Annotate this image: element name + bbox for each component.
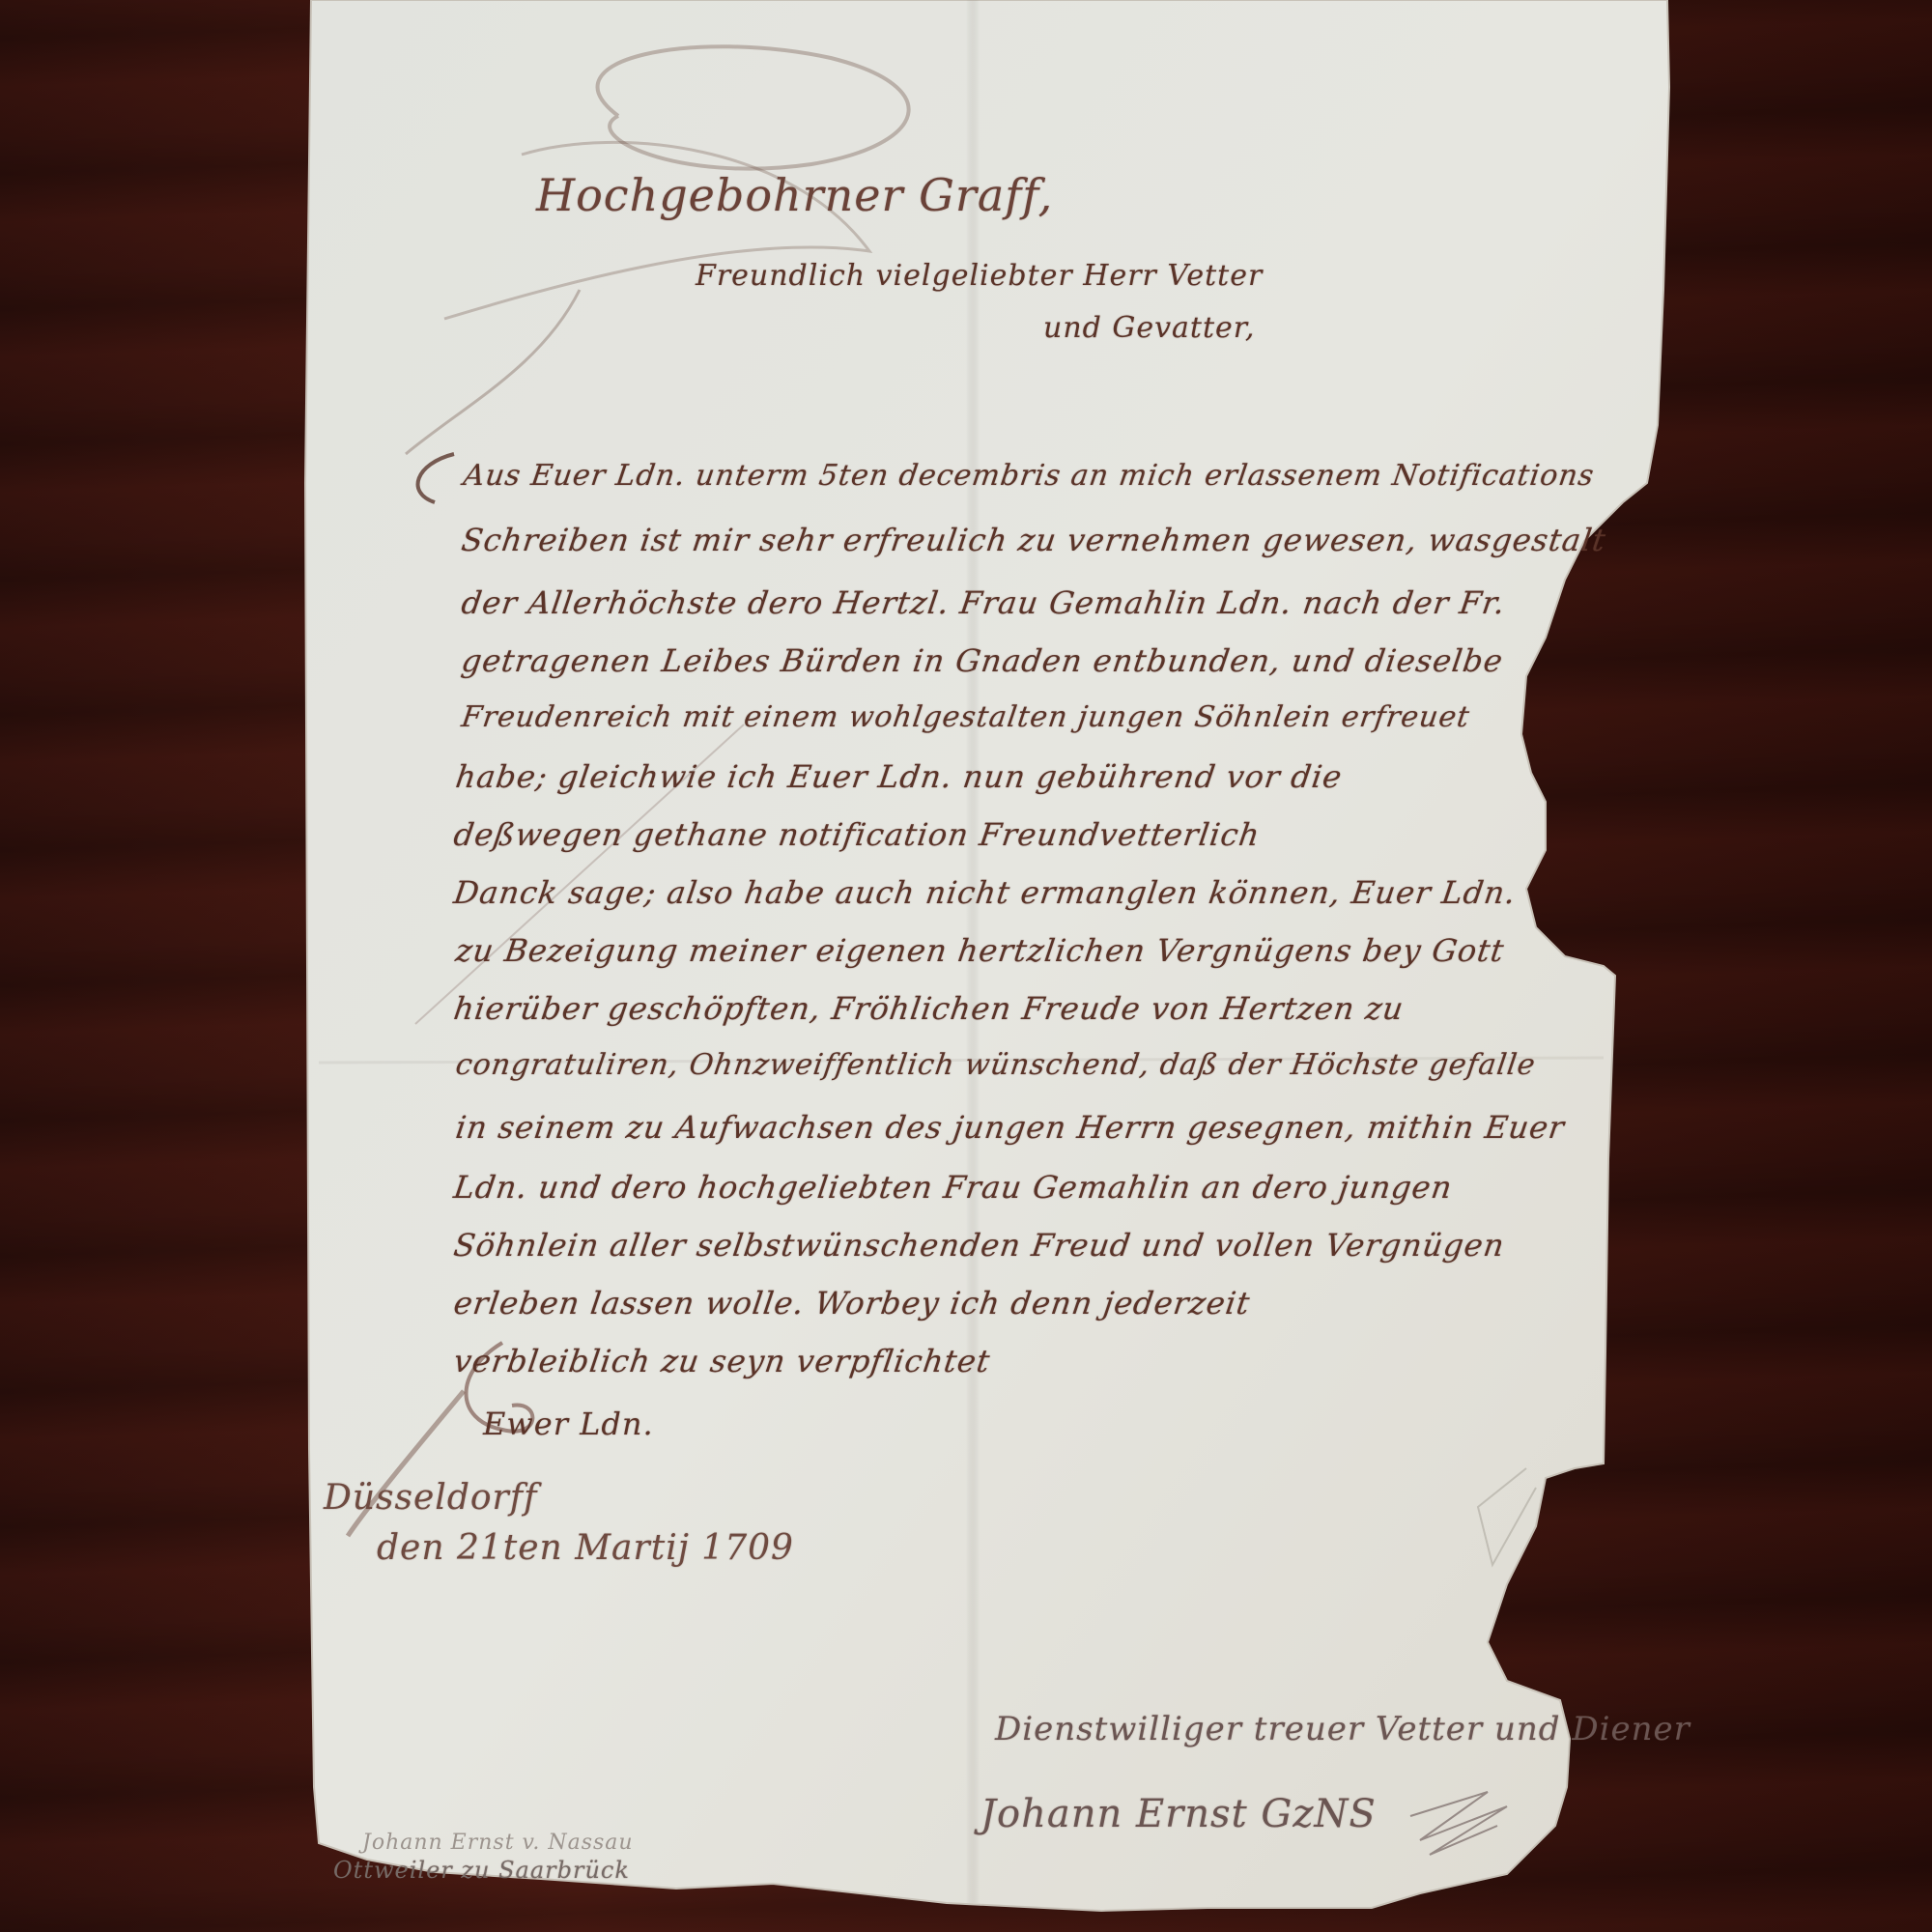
body-line-7: deßwegen gethane notification Freundvett… bbox=[451, 816, 1263, 853]
address-line-1: Freundlich vielgeliebter Herr Vetter bbox=[696, 259, 1263, 293]
subscription: Dienstwilliger treuer Vetter und Diener bbox=[995, 1710, 1690, 1748]
closing: Ewer Ldn. bbox=[483, 1406, 654, 1442]
body-line-4: getragenen Leibes Bürden in Gnaden entbu… bbox=[459, 642, 1505, 679]
body-line-1: Aus Euer Ldn. unterm 5ten decembris an m… bbox=[462, 459, 1597, 493]
body-line-11: congratuliren, Ohnzweiffentlich wünschen… bbox=[454, 1048, 1539, 1082]
signature: Johann Ernst GzNS bbox=[980, 1792, 1377, 1836]
body-line-12: in seinem zu Aufwachsen des jungen Herrn… bbox=[453, 1109, 1567, 1146]
body-line-14: Söhnlein aller selbstwünschenden Freud u… bbox=[451, 1227, 1507, 1264]
body-line-10: hierüber geschöpften, Fröhlichen Freude … bbox=[451, 990, 1406, 1027]
body-line-5: Freudenreich mit einem wohlgestalten jun… bbox=[460, 700, 1472, 734]
pencil-note-line-2: Ottweiler zu Saarbrück bbox=[333, 1857, 630, 1884]
body-line-9: zu Bezeigung meiner eigenen hertzlichen … bbox=[453, 932, 1507, 969]
date: den 21ten Martij 1709 bbox=[377, 1528, 794, 1568]
address-line-2: und Gevatter, bbox=[1043, 311, 1255, 345]
photo-stage: Hochgebohrner Graff, Freundlich vielgeli… bbox=[0, 0, 1932, 1932]
body-line-16: verbleiblich zu seyn verpflichtet bbox=[451, 1343, 992, 1379]
body-line-15: erleben lassen wolle. Worbey ich denn je… bbox=[451, 1285, 1252, 1321]
salutation: Hochgebohrner Graff, bbox=[536, 169, 1053, 221]
body-line-6: habe; gleichwie ich Euer Ldn. nun gebühr… bbox=[453, 758, 1345, 795]
body-line-13: Ldn. und dero hochgeliebten Frau Gemahli… bbox=[451, 1169, 1455, 1206]
body-line-3: der Allerhöchste dero Hertzl. Frau Gemah… bbox=[459, 584, 1508, 621]
pencil-note-line-1: Johann Ernst v. Nassau bbox=[362, 1831, 634, 1855]
body-line-2: Schreiben ist mir sehr erfreulich zu ver… bbox=[459, 522, 1608, 558]
body-line-8: Danck sage; also habe auch nicht ermangl… bbox=[451, 874, 1519, 911]
place: Düsseldorff bbox=[324, 1478, 537, 1518]
